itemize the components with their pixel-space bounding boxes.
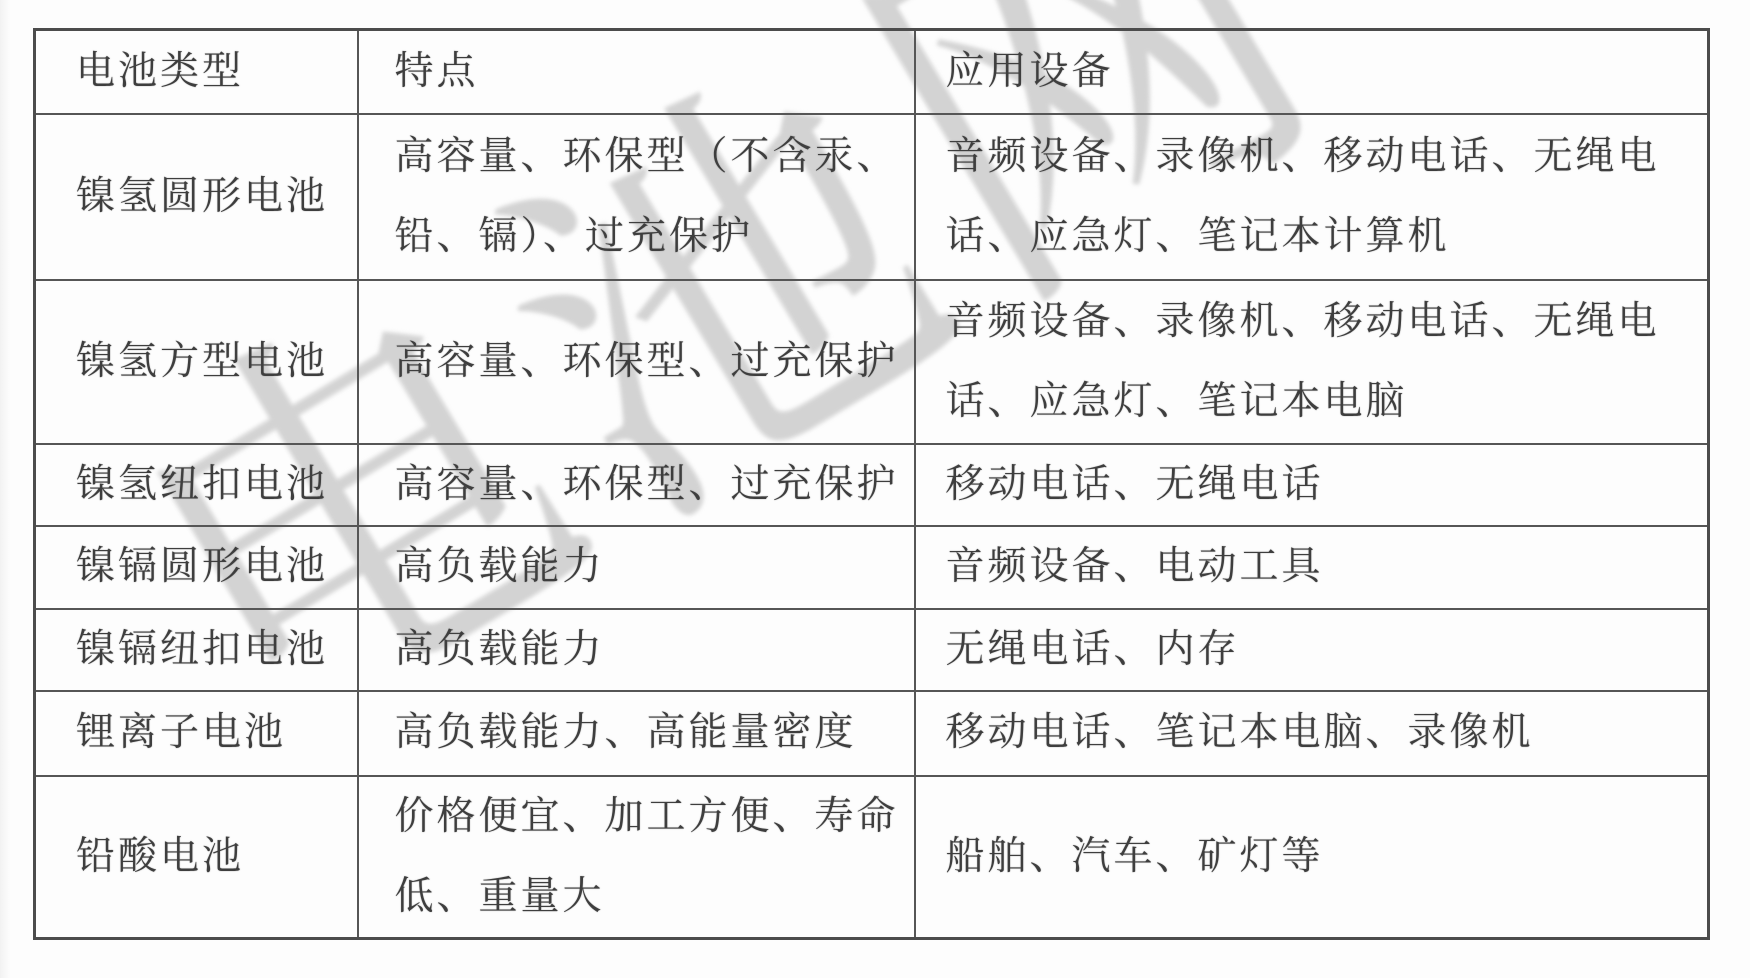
battery-type-cell: 镍氢方型电池 bbox=[35, 280, 358, 444]
table-row: 镍镉纽扣电池 高负载能力 无绳电话、内存 bbox=[35, 609, 1709, 691]
features-cell: 高容量、环保型（不含汞、铅、镉）、过充保护 bbox=[358, 114, 915, 280]
table-body: 镍氢圆形电池 高容量、环保型（不含汞、铅、镉）、过充保护 音频设备、录像机、移动… bbox=[35, 114, 1709, 939]
table-row: 镍氢圆形电池 高容量、环保型（不含汞、铅、镉）、过充保护 音频设备、录像机、移动… bbox=[35, 114, 1709, 280]
applications-cell: 无绳电话、内存 bbox=[915, 609, 1709, 691]
battery-type-cell: 镍镉纽扣电池 bbox=[35, 609, 358, 691]
features-cell: 高负载能力 bbox=[358, 609, 915, 691]
features-cell: 高负载能力、高能量密度 bbox=[358, 691, 915, 776]
features-cell: 高容量、环保型、过充保护 bbox=[358, 444, 915, 526]
features-cell: 价格便宜、加工方便、寿命低、重量大 bbox=[358, 776, 915, 939]
table-row: 镍氢方型电池 高容量、环保型、过充保护 音频设备、录像机、移动电话、无绳电话、应… bbox=[35, 280, 1709, 444]
scanned-page: 电池网 电池类型 特点 应用设备 镍氢圆形电池 高容量、环保型（不含汞、铅、镉）… bbox=[0, 0, 1750, 978]
features-cell: 高容量、环保型、过充保护 bbox=[358, 280, 915, 444]
battery-type-cell: 镍氢纽扣电池 bbox=[35, 444, 358, 526]
applications-cell: 船舶、汽车、矿灯等 bbox=[915, 776, 1709, 939]
battery-type-cell: 锂离子电池 bbox=[35, 691, 358, 776]
table-row: 镍氢纽扣电池 高容量、环保型、过充保护 移动电话、无绳电话 bbox=[35, 444, 1709, 526]
header-features: 特点 bbox=[358, 30, 915, 114]
table-row: 铅酸电池 价格便宜、加工方便、寿命低、重量大 船舶、汽车、矿灯等 bbox=[35, 776, 1709, 939]
applications-cell: 音频设备、录像机、移动电话、无绳电话、应急灯、笔记本计算机 bbox=[915, 114, 1709, 280]
header-applications: 应用设备 bbox=[915, 30, 1709, 114]
battery-type-cell: 镍氢圆形电池 bbox=[35, 114, 358, 280]
applications-cell: 音频设备、电动工具 bbox=[915, 526, 1709, 609]
table-row: 镍镉圆形电池 高负载能力 音频设备、电动工具 bbox=[35, 526, 1709, 609]
battery-types-table: 电池类型 特点 应用设备 镍氢圆形电池 高容量、环保型（不含汞、铅、镉）、过充保… bbox=[33, 28, 1710, 940]
table-row: 锂离子电池 高负载能力、高能量密度 移动电话、笔记本电脑、录像机 bbox=[35, 691, 1709, 776]
applications-cell: 移动电话、笔记本电脑、录像机 bbox=[915, 691, 1709, 776]
table-header-row: 电池类型 特点 应用设备 bbox=[35, 30, 1709, 114]
battery-type-cell: 铅酸电池 bbox=[35, 776, 358, 939]
applications-cell: 移动电话、无绳电话 bbox=[915, 444, 1709, 526]
applications-cell: 音频设备、录像机、移动电话、无绳电话、应急灯、笔记本电脑 bbox=[915, 280, 1709, 444]
battery-type-cell: 镍镉圆形电池 bbox=[35, 526, 358, 609]
features-cell: 高负载能力 bbox=[358, 526, 915, 609]
header-battery-type: 电池类型 bbox=[35, 30, 358, 114]
